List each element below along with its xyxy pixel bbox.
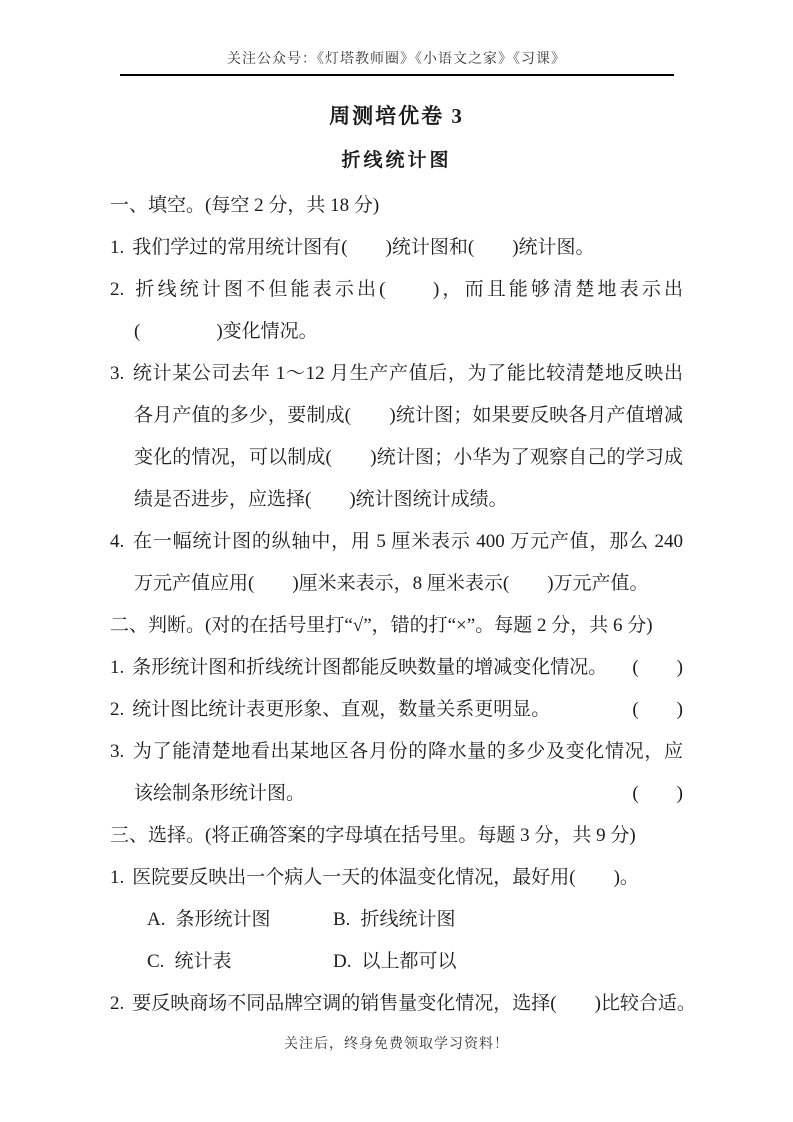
answer-blank: ( ) — [632, 773, 683, 815]
question-number: 1. — [110, 657, 132, 678]
judgment-question-1: 1.条形统计图和折线统计图都能反映数量的增减变化情况。( ) — [110, 647, 683, 689]
question-number: 2. — [110, 993, 132, 1014]
question-number: 2. — [110, 279, 132, 300]
option-label: A. — [147, 909, 175, 930]
section-heading: 二、判断。(对的在括号里打“√”，错的打“×”。每题 2 分，共 6 分) — [110, 605, 683, 647]
choice-question-1-options: A.条形统计图 B.折线统计图 C.统计表 D.以上都可以 — [147, 899, 683, 983]
section-heading: 一、填空。(每空 2 分，共 18 分) — [110, 185, 683, 227]
question-text: 要反映商场不同品牌空调的销售量变化情况，选择( )比较合适。 — [132, 993, 696, 1014]
question-text: 折线统计图不但能表示出( )，而且能够清楚地表示出( )变化情况。 — [132, 279, 683, 342]
option-a: A.条形统计图 — [147, 899, 333, 941]
question-text: 我们学过的常用统计图有( )统计图和( )统计图。 — [132, 237, 594, 258]
section-choice: 三、选择。(将正确答案的字母填在括号里。每题 3 分，共 9 分) 1.医院要反… — [110, 815, 683, 1025]
section-heading: 三、选择。(将正确答案的字母填在括号里。每题 3 分，共 9 分) — [110, 815, 683, 857]
question-number: 2. — [110, 699, 132, 720]
answer-blank: ( ) — [632, 689, 683, 731]
question-text: 在一幅统计图的纵轴中，用 5 厘米表示 400 万元产值，那么 240 万元产值… — [132, 531, 683, 594]
test-body: 一、填空。(每空 2 分，共 18 分) 1.我们学过的常用统计图有( )统计图… — [110, 185, 683, 1025]
question-text: 统计某公司去年 1～12 月生产产值后，为了能比较清楚地反映出各月产值的多少，要… — [132, 363, 683, 510]
question-number: 4. — [110, 531, 132, 552]
question-number: 3. — [110, 741, 132, 762]
answer-blank: ( ) — [632, 647, 683, 689]
option-d: D.以上都可以 — [333, 941, 683, 983]
page-subtitle: 折线统计图 — [0, 150, 793, 171]
option-text: 折线统计图 — [360, 909, 455, 930]
option-text: 以上都可以 — [361, 951, 456, 972]
fill-question-3: 3.统计某公司去年 1～12 月生产产值后，为了能比较清楚地反映出各月产值的多少… — [110, 353, 683, 521]
question-number: 1. — [110, 237, 132, 258]
fill-question-4: 4.在一幅统计图的纵轴中，用 5 厘米表示 400 万元产值，那么 240 万元… — [110, 521, 683, 605]
option-label: C. — [147, 951, 174, 972]
question-number: 3. — [110, 363, 132, 384]
choice-question-2: 2.要反映商场不同品牌空调的销售量变化情况，选择( )比较合适。 — [110, 983, 683, 1025]
fill-question-1: 1.我们学过的常用统计图有( )统计图和( )统计图。 — [110, 227, 683, 269]
document-page: 关注公众号：《灯塔教师圈》《小语文之家》《习课》 周测培优卷 3 折线统计图 一… — [0, 0, 793, 1025]
option-text: 统计表 — [174, 951, 231, 972]
question-text: 统计图比统计表更形象、直观，数量关系更明显。 — [132, 699, 550, 720]
option-label: B. — [333, 909, 360, 930]
question-text: 为了能清楚地看出某地区各月份的降水量的多少及变化情况，应该绘制条形统计图。 — [132, 741, 683, 804]
judgment-question-3: 3.为了能清楚地看出某地区各月份的降水量的多少及变化情况，应该绘制条形统计图。(… — [110, 731, 683, 815]
section-fill-in: 一、填空。(每空 2 分，共 18 分) 1.我们学过的常用统计图有( )统计图… — [110, 185, 683, 605]
fill-question-2: 2.折线统计图不但能表示出( )，而且能够清楚地表示出( )变化情况。 — [110, 269, 683, 353]
option-c: C.统计表 — [147, 941, 333, 983]
judgment-question-2: 2.统计图比统计表更形象、直观，数量关系更明显。( ) — [110, 689, 683, 731]
option-text: 条形统计图 — [175, 909, 270, 930]
question-number: 1. — [110, 867, 132, 888]
header-banner: 关注公众号：《灯塔教师圈》《小语文之家》《习课》 — [0, 0, 793, 68]
question-text: 条形统计图和折线统计图都能反映数量的增减变化情况。 — [132, 657, 607, 678]
choice-question-1: 1.医院要反映出一个病人一天的体温变化情况，最好用( )。 — [110, 857, 683, 899]
section-judgment: 二、判断。(对的在括号里打“√”，错的打“×”。每题 2 分，共 6 分) 1.… — [110, 605, 683, 815]
footer-note: 关注后，终身免费领取学习资料！ — [0, 1036, 793, 1053]
header-divider — [120, 74, 674, 76]
option-b: B.折线统计图 — [333, 899, 683, 941]
option-label: D. — [333, 951, 361, 972]
question-text: 医院要反映出一个病人一天的体温变化情况，最好用( )。 — [132, 867, 639, 888]
page-title: 周测培优卷 3 — [0, 105, 793, 128]
